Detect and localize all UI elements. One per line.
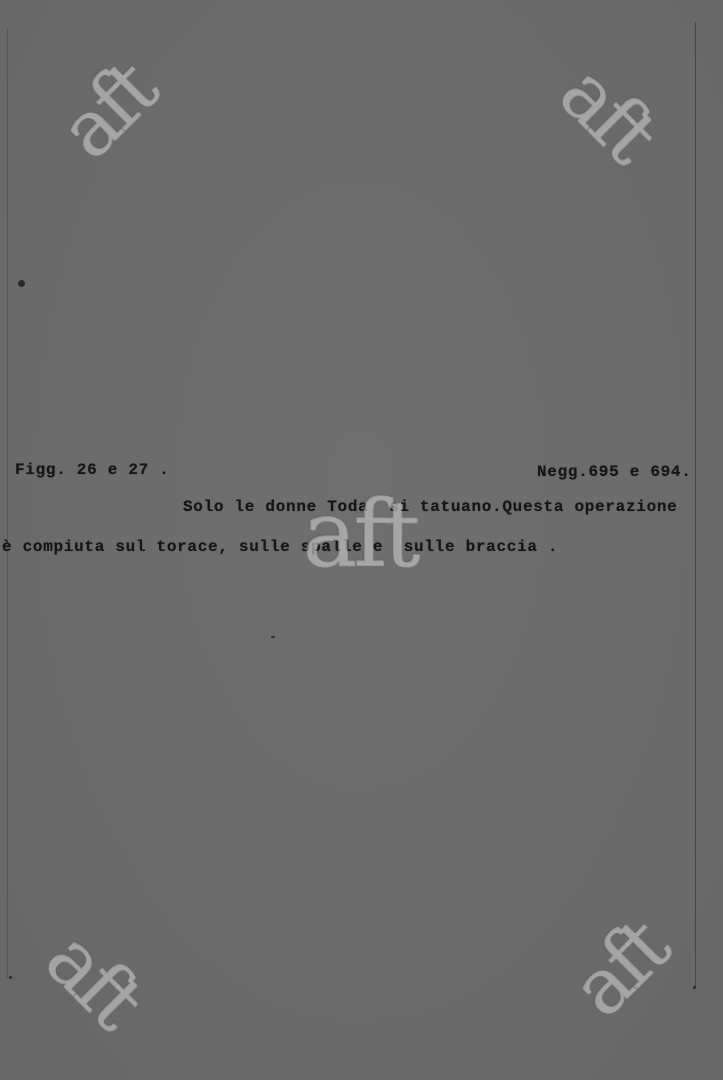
left-margin-line — [7, 28, 8, 978]
ink-speck — [693, 986, 696, 989]
negative-reference: Negg.695 e 694. — [537, 463, 692, 481]
watermark-center: aft — [302, 488, 416, 580]
watermark-top-right: aft — [546, 52, 668, 174]
scanned-page: aft aft aft aft Figg. 26 e 27 . Negg.695… — [0, 0, 723, 1080]
body-text-line-1: Solo le donne Toda si tatuano.Questa ope… — [183, 498, 677, 516]
ink-speck — [18, 280, 25, 287]
body-text-line-2: è compiuta sul torace, sulle spalle e su… — [2, 538, 558, 556]
watermark-top-left: aft — [46, 50, 168, 172]
ink-speck — [9, 976, 12, 979]
watermark-bottom-left: aft — [32, 918, 154, 1040]
right-margin-line — [695, 22, 696, 988]
watermark-bottom-right: aft — [558, 908, 680, 1030]
figure-reference: Figg. 26 e 27 . — [15, 461, 170, 479]
ink-speck — [271, 636, 275, 638]
